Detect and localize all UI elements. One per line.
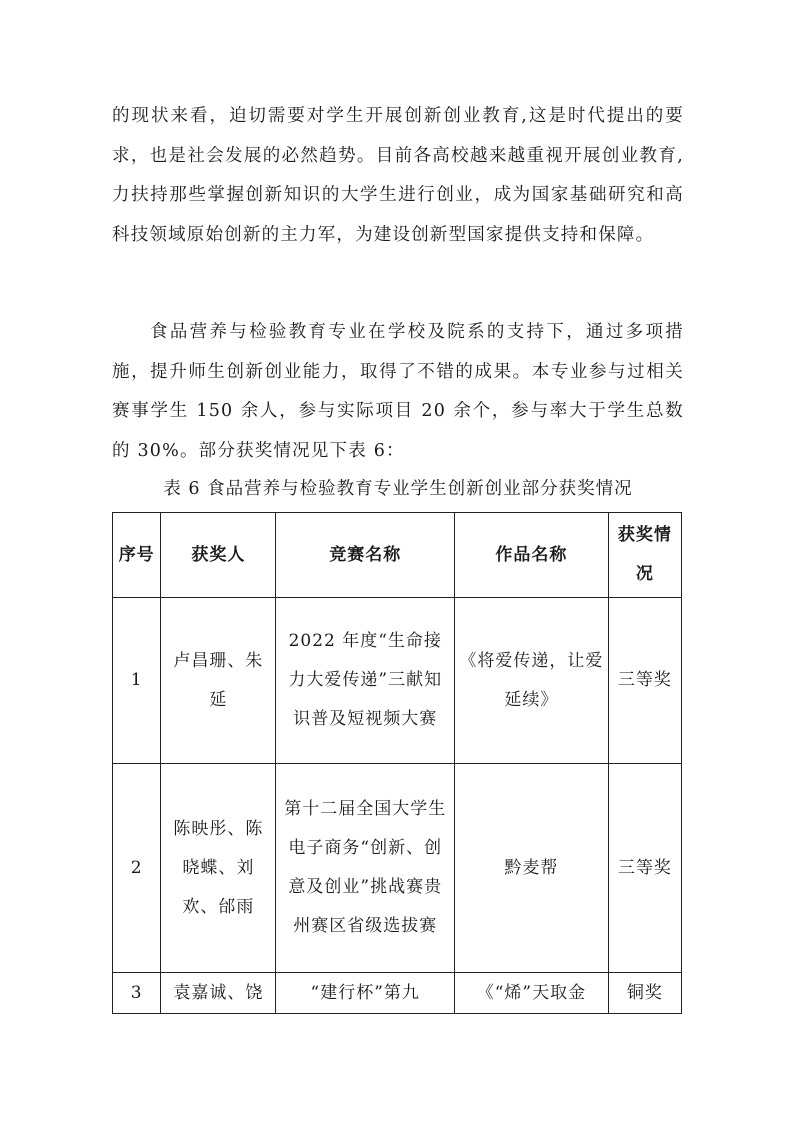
table-header-row: 序号 获奖人 竞赛名称 作品名称 获奖情况	[113, 513, 682, 598]
cell-index: 1	[113, 598, 161, 764]
table-row: 3 袁嘉诚、饶 “建行杯”第九 《“烯”天取金 铜奖	[113, 973, 682, 1014]
cell-award: 三等奖	[608, 598, 681, 764]
cell-winners: 陈映彤、陈晓蝶、刘欢、邰雨	[161, 764, 276, 973]
cell-work: 《将爱传递，让爱延续》	[455, 598, 609, 764]
cell-work: 黔麦帮	[455, 764, 609, 973]
body-paragraph-2: 食品营养与检验教育专业在学校及院系的支持下，通过多项措施，提升师生创新创业能力，…	[112, 313, 684, 471]
cell-index: 3	[113, 973, 161, 1014]
body-paragraph-1: 的现状来看，迫切需要对学生开展创新创业教育,这是时代提出的要求，也是社会发展的必…	[112, 97, 684, 255]
header-index: 序号	[113, 513, 161, 598]
header-award: 获奖情况	[608, 513, 681, 598]
header-work: 作品名称	[455, 513, 609, 598]
awards-table: 序号 获奖人 竞赛名称 作品名称 获奖情况 1 卢昌珊、朱延 2022 年度“生…	[112, 512, 682, 1014]
header-winners: 获奖人	[161, 513, 276, 598]
cell-competition: 第十二届全国大学生电子商务“创新、创意及创业”挑战赛贵州赛区省级选拔赛	[276, 764, 455, 973]
table-row: 2 陈映彤、陈晓蝶、刘欢、邰雨 第十二届全国大学生电子商务“创新、创意及创业”挑…	[113, 764, 682, 973]
cell-award: 三等奖	[608, 764, 681, 973]
cell-award: 铜奖	[608, 973, 681, 1014]
cell-competition: 2022 年度“生命接力大爱传递”三献知识普及短视频大赛	[276, 598, 455, 764]
cell-winners: 袁嘉诚、饶	[161, 973, 276, 1014]
cell-work: 《“烯”天取金	[455, 973, 609, 1014]
cell-competition: “建行杯”第九	[276, 973, 455, 1014]
cell-index: 2	[113, 764, 161, 973]
table-row: 1 卢昌珊、朱延 2022 年度“生命接力大爱传递”三献知识普及短视频大赛 《将…	[113, 598, 682, 764]
cell-winners: 卢昌珊、朱延	[161, 598, 276, 764]
table-caption: 表 6 食品营养与检验教育专业学生创新创业部分获奖情况	[112, 474, 684, 504]
header-competition: 竞赛名称	[276, 513, 455, 598]
